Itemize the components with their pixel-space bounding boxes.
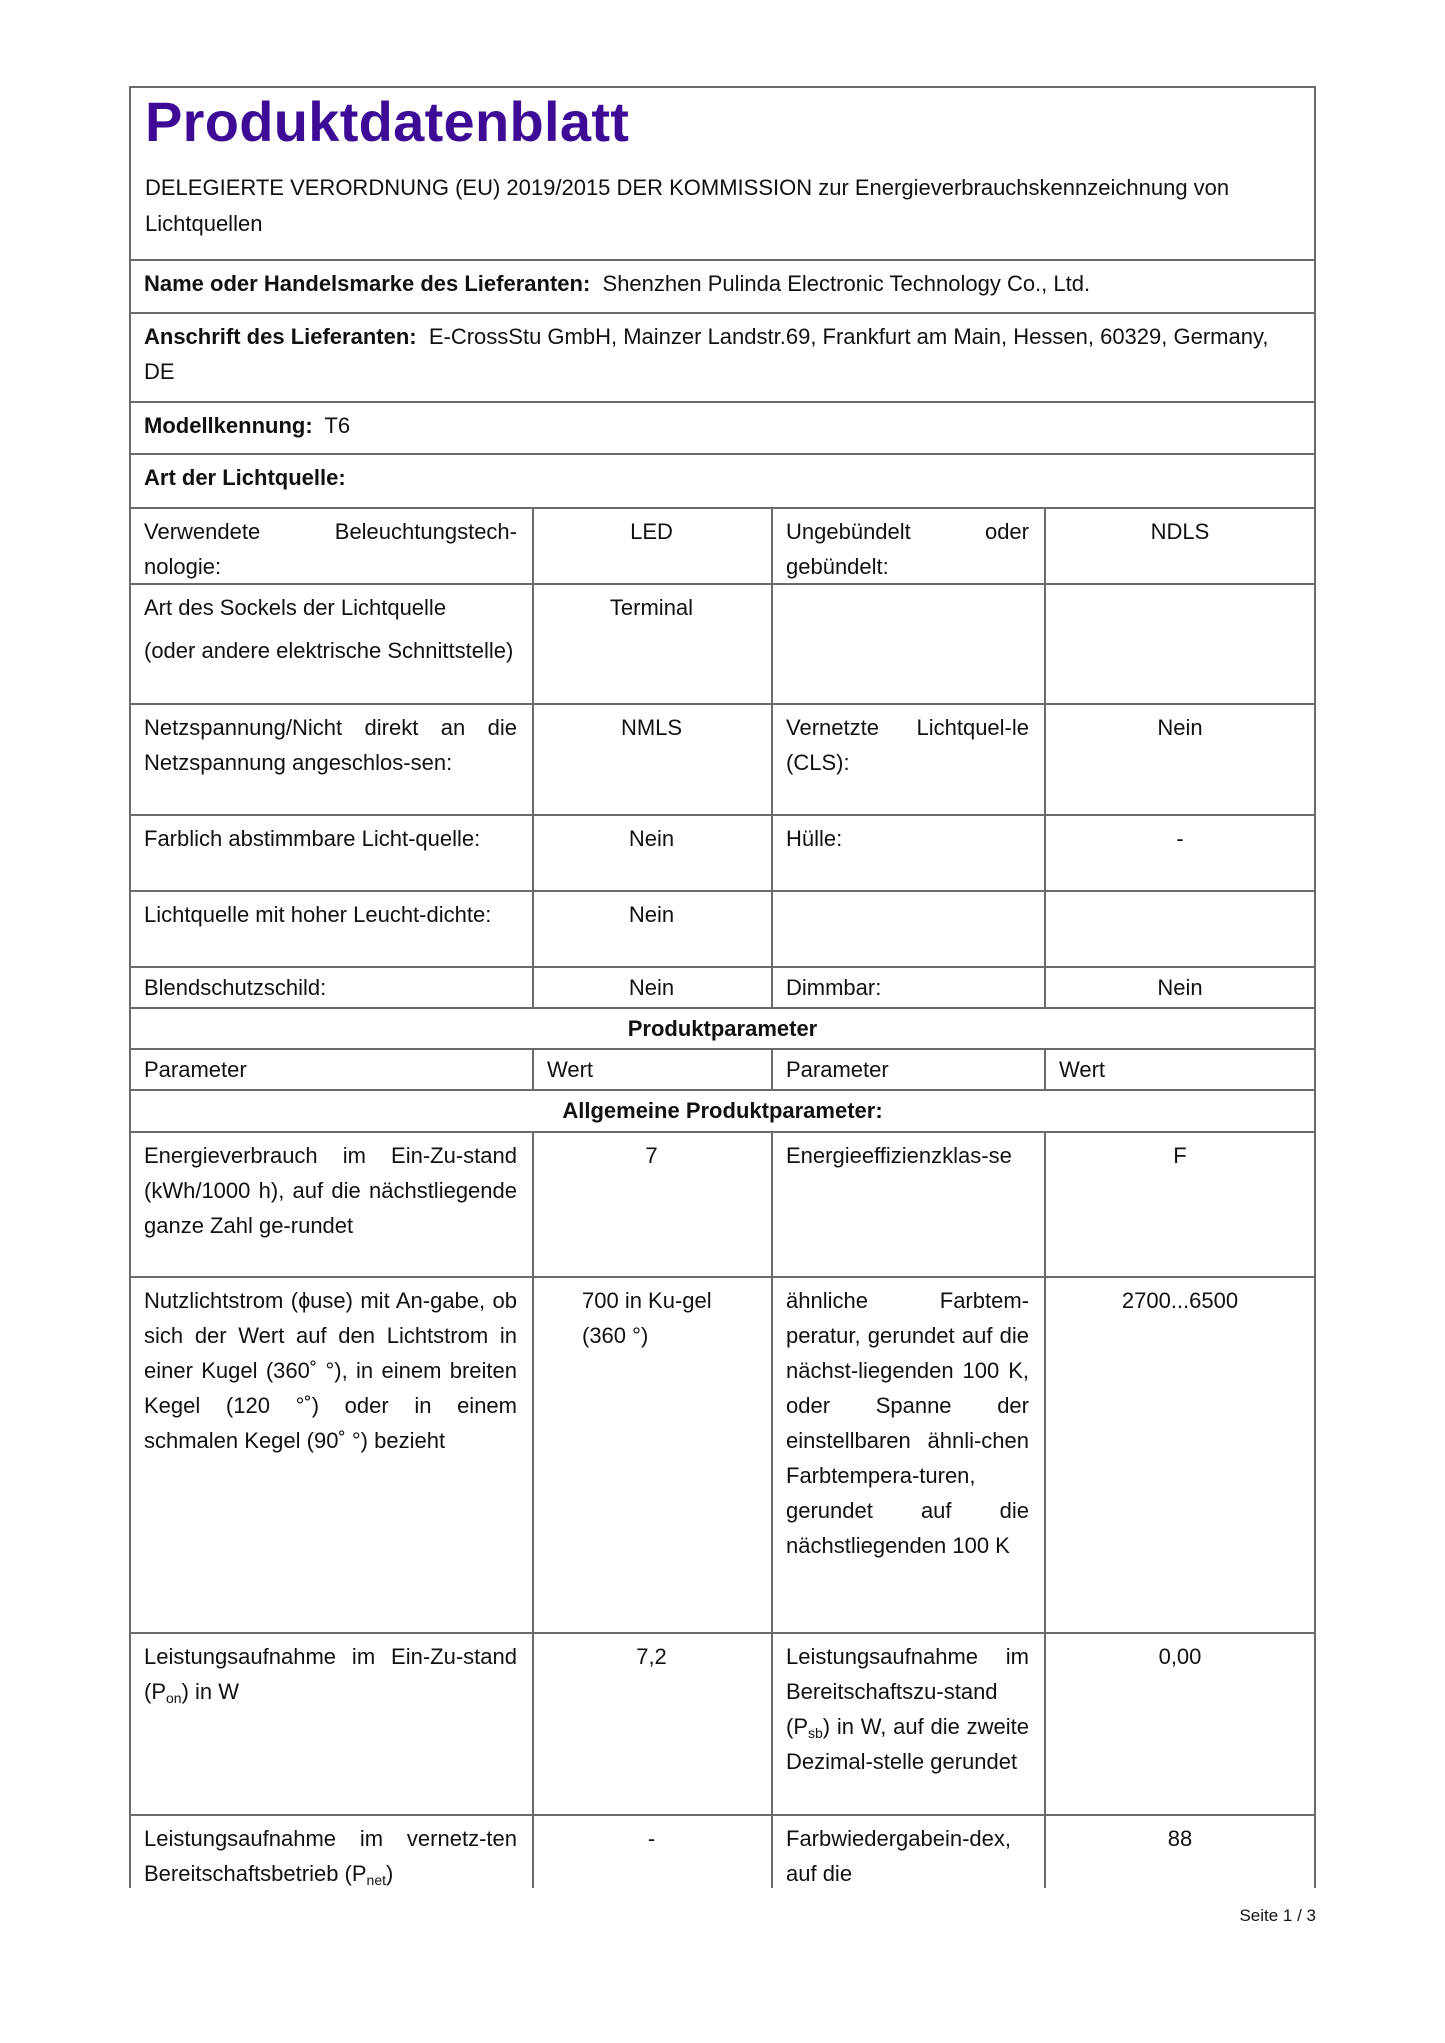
supplier-name-value: Shenzhen Pulinda Electronic Technology C… xyxy=(603,271,1091,296)
param-label: ähnliche Farbtem-peratur, gerundet auf d… xyxy=(771,1278,1044,1632)
model-value: T6 xyxy=(324,413,350,438)
supplier-name-row: Name oder Handelsmarke des Lieferanten: … xyxy=(129,259,1316,312)
page-number: Seite 1 / 3 xyxy=(1239,1904,1316,1928)
param-label-subscript: sb xyxy=(808,1725,823,1741)
param-label-line1: Art des Sockels der Lichtquelle xyxy=(144,590,517,625)
column-header-wert: Wert xyxy=(532,1050,771,1089)
param-value: F xyxy=(1044,1133,1316,1276)
param-label: Farbwiedergabein-dex, auf die xyxy=(771,1816,1044,1888)
param-label-text: ) in W xyxy=(182,1679,239,1704)
param-label xyxy=(771,585,1044,703)
page-title: Produktdatenblatt xyxy=(145,88,629,156)
param-value: 0,00 xyxy=(1044,1634,1316,1814)
param-label-subscript: net xyxy=(367,1872,386,1888)
param-value: 700 in Ku-gel (360 °) xyxy=(532,1278,771,1632)
supplier-name-label: Name oder Handelsmarke des Lieferanten: xyxy=(144,271,590,296)
column-header-wert: Wert xyxy=(1044,1050,1316,1089)
param-label: Leistungsaufnahme im Bereitschaftszu-sta… xyxy=(771,1634,1044,1814)
param-label: Verwendete Beleuchtungstech-nologie: xyxy=(129,509,532,583)
param-value: Nein xyxy=(1044,968,1316,1007)
table-row: Leistungsaufnahme im Ein-Zu-stand (Pon) … xyxy=(129,1632,1316,1814)
param-label: Farblich abstimmbare Licht-quelle: xyxy=(129,816,532,890)
param-label: Nutzlichtstrom (ɸuse) mit An-gabe, ob si… xyxy=(129,1278,532,1632)
param-label-text: Leistungsaufnahme im vernetz-ten Bereits… xyxy=(144,1826,517,1886)
param-value: Terminal xyxy=(532,585,771,703)
param-value: Nein xyxy=(532,892,771,966)
param-label: Lichtquelle mit hoher Leucht-dichte: xyxy=(129,892,532,966)
param-value: - xyxy=(532,1816,771,1888)
param-label: Leistungsaufnahme im vernetz-ten Bereits… xyxy=(129,1816,532,1888)
param-label: Ungebündelt oder gebündelt: xyxy=(771,509,1044,583)
param-label: Hülle: xyxy=(771,816,1044,890)
param-label-subscript: on xyxy=(166,1690,182,1706)
table-row: Blendschutzschild: Nein Dimmbar: Nein xyxy=(129,966,1316,1007)
param-value xyxy=(1044,585,1316,703)
table-row: Nutzlichtstrom (ɸuse) mit An-gabe, ob si… xyxy=(129,1276,1316,1632)
table-row: Leistungsaufnahme im vernetz-ten Bereits… xyxy=(129,1814,1316,1888)
param-label-line2: (oder andere elektrische Schnittstelle) xyxy=(144,633,517,668)
section-header-produktparameter: Produktparameter xyxy=(129,1007,1316,1048)
param-label-text: ) in W, auf die zweite Dezimal-stelle ge… xyxy=(786,1714,1029,1774)
param-label: Dimmbar: xyxy=(771,968,1044,1007)
supplier-address-label: Anschrift des Lieferanten: xyxy=(144,324,417,349)
param-label: Vernetzte Lichtquel-le (CLS): xyxy=(771,705,1044,814)
param-label-text: ) xyxy=(386,1861,393,1886)
table-row: Farblich abstimmbare Licht-quelle: Nein … xyxy=(129,814,1316,890)
section-title: Produktparameter xyxy=(129,1009,1316,1048)
table-row: Art des Sockels der Lichtquelle (oder an… xyxy=(129,583,1316,703)
regulation-subtitle: DELEGIERTE VERORDNUNG (EU) 2019/2015 DER… xyxy=(145,170,1295,242)
param-label xyxy=(771,892,1044,966)
param-label: Energieverbrauch im Ein-Zu-stand (kWh/10… xyxy=(129,1133,532,1276)
model-label: Modellkennung: xyxy=(144,413,313,438)
param-value: LED xyxy=(532,509,771,583)
table-row: Netzspannung/Nicht direkt an die Netzspa… xyxy=(129,703,1316,814)
param-value: - xyxy=(1044,816,1316,890)
table-row: Energieverbrauch im Ein-Zu-stand (kWh/10… xyxy=(129,1131,1316,1276)
column-header-parameter: Parameter xyxy=(129,1050,532,1089)
param-label: Netzspannung/Nicht direkt an die Netzspa… xyxy=(129,705,532,814)
param-value: Nein xyxy=(532,816,771,890)
param-value: Nein xyxy=(1044,705,1316,814)
param-value: 88 xyxy=(1044,1816,1316,1888)
param-label: Blendschutzschild: xyxy=(129,968,532,1007)
param-label: Leistungsaufnahme im Ein-Zu-stand (Pon) … xyxy=(129,1634,532,1814)
section-title: Allgemeine Produktparameter: xyxy=(129,1091,1316,1131)
section-header-allgemeine: Allgemeine Produktparameter: xyxy=(129,1089,1316,1131)
param-value: NMLS xyxy=(532,705,771,814)
param-value: Nein xyxy=(532,968,771,1007)
column-header-row: Parameter Wert Parameter Wert xyxy=(129,1048,1316,1089)
column-header-parameter: Parameter xyxy=(771,1050,1044,1089)
param-label: Energieeffizienzklas-se xyxy=(771,1133,1044,1276)
light-source-type-row: Art der Lichtquelle: xyxy=(129,453,1316,507)
param-value: NDLS xyxy=(1044,509,1316,583)
param-value: 7 xyxy=(532,1133,771,1276)
param-value xyxy=(1044,892,1316,966)
table-row: Lichtquelle mit hoher Leucht-dichte: Nei… xyxy=(129,890,1316,966)
param-value: 7,2 xyxy=(532,1634,771,1814)
light-source-type-label: Art der Lichtquelle: xyxy=(144,465,346,490)
supplier-address-row: Anschrift des Lieferanten: E-CrossStu Gm… xyxy=(129,312,1316,401)
model-row: Modellkennung: T6 xyxy=(129,401,1316,453)
table-row: Verwendete Beleuchtungstech-nologie: LED… xyxy=(129,507,1316,583)
param-label: Art des Sockels der Lichtquelle (oder an… xyxy=(129,585,532,703)
param-value: 2700...6500 xyxy=(1044,1278,1316,1632)
